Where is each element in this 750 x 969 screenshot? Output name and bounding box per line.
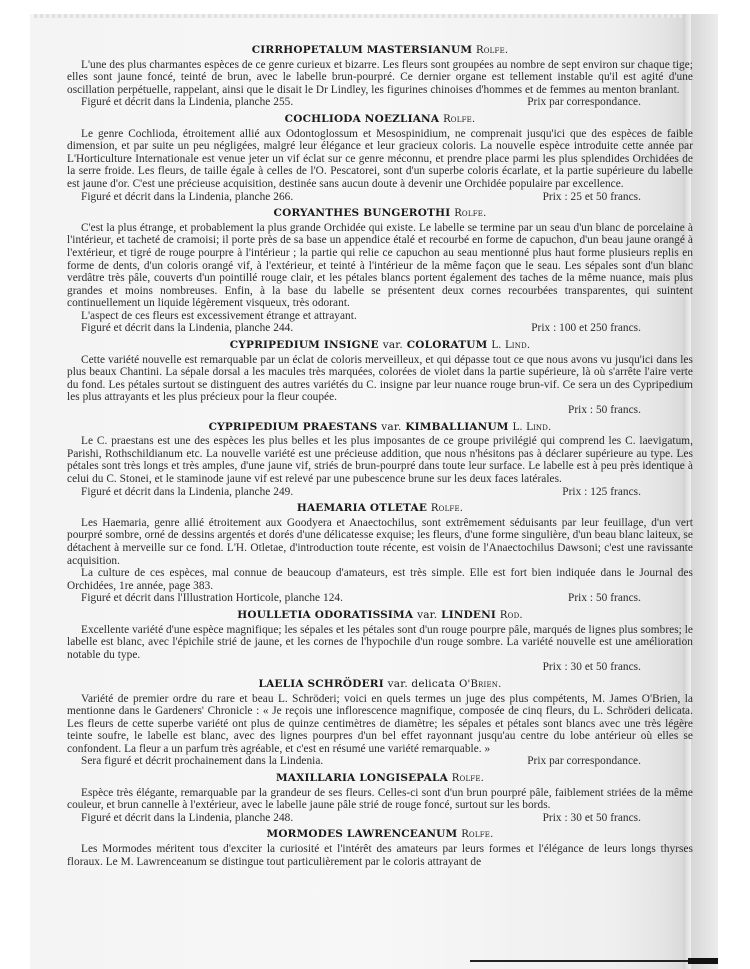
figure-reference: Figuré et décrit dans la Lindenia, planc… xyxy=(81,812,293,825)
page-bottom-edge xyxy=(470,960,688,962)
entry-description: C'est la plus étrange, et probablement l… xyxy=(67,222,693,310)
figure-reference: Figuré et décrit dans la Lindenia, planc… xyxy=(81,96,293,109)
entry-description: Les Mormodes méritent tous d'exciter la … xyxy=(67,843,693,868)
author: Rolfe. xyxy=(452,773,484,784)
entry-coryanthes: CORYANTHES BUNGEROTHI Rolfe. C'est la pl… xyxy=(67,207,693,335)
entry-description: Les Haemaria, genre allié étroitement au… xyxy=(67,517,693,567)
figure-price-line: Figuré et décrit dans la Lindenia, planc… xyxy=(67,96,693,109)
figure-price-line: Figuré et décrit dans la Lindenia, planc… xyxy=(67,486,693,499)
entry-title: CIRRHOPETALUM MASTERSIANUM Rolfe. xyxy=(67,44,693,58)
species-name: CYPRIPEDIUM INSIGNE xyxy=(230,339,379,351)
author: O'Brien. xyxy=(459,679,501,690)
variety-name: COLORATUM xyxy=(407,339,488,351)
price: Prix : 25 et 50 francs. xyxy=(543,191,641,204)
figure-price-line: Sera figuré et décrit prochainement dans… xyxy=(67,755,693,768)
entry-description: L'une des plus charmantes espèces de ce … xyxy=(67,59,693,97)
figure-price-line: Figuré et décrit dans la Lindenia, planc… xyxy=(67,812,693,825)
price: Prix par correspondance. xyxy=(527,96,641,109)
price: Prix : 100 et 250 francs. xyxy=(531,322,641,335)
figure-price-line: Figuré et décrit dans la Lindenia, planc… xyxy=(67,191,693,204)
document-body: CIRRHOPETALUM MASTERSIANUM Rolfe. L'une … xyxy=(67,44,693,872)
entry-cirrhopetalum: CIRRHOPETALUM MASTERSIANUM Rolfe. L'une … xyxy=(67,44,693,109)
variety-name: KIMBALLIANUM xyxy=(405,421,508,433)
species-name: HAEMARIA OTLETAE xyxy=(297,502,427,514)
entry-description: Le genre Cochlioda, étroitement allié au… xyxy=(67,128,693,191)
variety-name: var. delicata xyxy=(388,678,456,690)
author: Rolfe. xyxy=(461,829,493,840)
figure-price-line: Figuré et décrit dans la Lindenia, planc… xyxy=(67,322,693,335)
figure-reference: Figuré et décrit dans la Lindenia, planc… xyxy=(81,486,293,499)
author: Rolfe. xyxy=(476,45,508,56)
species-name: MORMODES LAWRENCEANUM xyxy=(267,828,458,840)
variety-name: LINDENI xyxy=(441,609,496,621)
price: Prix : 30 et 50 francs. xyxy=(67,661,693,674)
entry-description: Variété de premier ordre du rare et beau… xyxy=(67,693,693,756)
figure-reference: Figuré et décrit dans la Lindenia, planc… xyxy=(81,191,293,204)
entry-note: La culture de ces espèces, mal connue de… xyxy=(67,567,693,592)
scan-top-edge xyxy=(34,14,684,18)
entry-cochlioda: COCHLIODA NOEZLIANA Rolfe. Le genre Coch… xyxy=(67,113,693,203)
author: L. Lind. xyxy=(491,340,530,351)
entry-title: CORYANTHES BUNGEROTHI Rolfe. xyxy=(67,207,693,221)
price: Prix : 50 francs. xyxy=(568,592,641,605)
entry-title: HAEMARIA OTLETAE Rolfe. xyxy=(67,502,693,516)
entry-cypripedium-praestans: CYPRIPEDIUM PRAESTANS var. KIMBALLIANUM … xyxy=(67,421,693,499)
figure-price-line: Figuré et décrit dans l'Illustration Hor… xyxy=(67,592,693,605)
figure-reference: Figuré et décrit dans l'Illustration Hor… xyxy=(81,592,343,605)
entry-houlletia: HOULLETIA ODORATISSIMA var. LINDENI Rod.… xyxy=(67,609,693,674)
entry-title: LAELIA SCHRÖDERI var. delicata O'Brien. xyxy=(67,678,693,692)
entry-maxillaria: MAXILLARIA LONGISEPALA Rolfe. Espèce trè… xyxy=(67,772,693,824)
entry-mormodes: MORMODES LAWRENCEANUM Rolfe. Les Mormode… xyxy=(67,828,693,868)
price: Prix par correspondance. xyxy=(527,755,641,768)
variety-marker: var. xyxy=(381,421,401,433)
entry-haemaria: HAEMARIA OTLETAE Rolfe. Les Haemaria, ge… xyxy=(67,502,693,605)
figure-reference: Sera figuré et décrit prochainement dans… xyxy=(81,755,323,768)
author: Rod. xyxy=(500,610,523,621)
entry-description: Le C. praestans est une des espèces les … xyxy=(67,435,693,485)
species-name: LAELIA SCHRÖDERI xyxy=(259,678,384,690)
species-name: HOULLETIA ODORATISSIMA xyxy=(237,609,413,621)
variety-marker: var. xyxy=(383,339,403,351)
figure-reference: Figuré et décrit dans la Lindenia, planc… xyxy=(81,322,293,335)
entry-description: Excellente variété d'une espèce magnifiq… xyxy=(67,624,693,662)
entry-cypripedium-insigne: CYPRIPEDIUM INSIGNE var. COLORATUM L. Li… xyxy=(67,339,693,417)
species-name: MAXILLARIA LONGISEPALA xyxy=(276,772,448,784)
author: Rolfe. xyxy=(431,503,463,514)
entry-title: CYPRIPEDIUM PRAESTANS var. KIMBALLIANUM … xyxy=(67,421,693,435)
entry-note: L'aspect de ces fleurs est excessivement… xyxy=(67,310,693,323)
species-name: COCHLIODA NOEZLIANA xyxy=(285,113,440,125)
species-name: CORYANTHES BUNGEROTHI xyxy=(274,207,451,219)
entry-description: Cette variété nouvelle est remarquable p… xyxy=(67,354,693,404)
price: Prix : 50 francs. xyxy=(67,404,693,417)
entry-laelia: LAELIA SCHRÖDERI var. delicata O'Brien. … xyxy=(67,678,693,768)
price: Prix : 30 et 50 francs. xyxy=(543,812,641,825)
author: L. Lind. xyxy=(513,422,552,433)
entry-title: MORMODES LAWRENCEANUM Rolfe. xyxy=(67,828,693,842)
entry-description: Espèce très élégante, remarquable par la… xyxy=(67,787,693,812)
entry-title: MAXILLARIA LONGISEPALA Rolfe. xyxy=(67,772,693,786)
price: Prix : 125 francs. xyxy=(562,486,641,499)
variety-marker: var. xyxy=(417,609,437,621)
author: Rolfe. xyxy=(454,208,486,219)
entry-title: HOULLETIA ODORATISSIMA var. LINDENI Rod. xyxy=(67,609,693,623)
entry-title: COCHLIODA NOEZLIANA Rolfe. xyxy=(67,113,693,127)
author: Rolfe. xyxy=(443,114,475,125)
entry-title: CYPRIPEDIUM INSIGNE var. COLORATUM L. Li… xyxy=(67,339,693,353)
page-corner-shadow xyxy=(688,958,718,964)
species-name: CYPRIPEDIUM PRAESTANS xyxy=(209,421,378,433)
species-name: CIRRHOPETALUM MASTERSIANUM xyxy=(252,44,472,56)
